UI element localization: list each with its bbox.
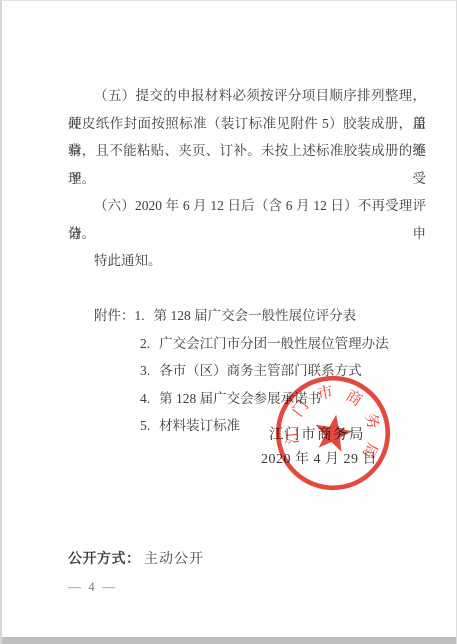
seal-char: 局 (359, 439, 382, 461)
seal-char: 江 (283, 428, 302, 446)
scanned-document-page: （五）提交的申报材料必须按评分项目顺序排列整理，并用 硬皮纸作封面按照标准（装订… (0, 0, 457, 644)
attachment-title: 广交会江门市分团一般性展位管理办法 (159, 330, 389, 358)
scan-edge (2, 637, 456, 644)
body-line: 特此通知。 (68, 247, 426, 275)
attachment-title: 第 128 届广交会一般性展位评分表 (154, 302, 357, 330)
page-number: — 4 — (68, 579, 117, 595)
publicity-method: 公开方式： 主动公开 (68, 548, 204, 568)
attachment-number: 3. (140, 357, 150, 385)
attachment-number: 1. (135, 302, 145, 330)
star-icon (312, 411, 355, 453)
seal-char: 门 (289, 397, 313, 420)
attachment-item: 附件： 1. 第 128 届广交会一般性展位评分表 (94, 302, 389, 330)
attachment-label: 附件： (94, 302, 135, 330)
publicity-value: 主动公开 (144, 552, 204, 567)
seal-char: 市 (316, 383, 335, 404)
official-seal-stamp: 江 门 市 商 务 局 (261, 361, 405, 505)
publicity-label: 公开方式： (68, 552, 141, 567)
seal-char: 务 (361, 411, 383, 431)
attachment-item: 2. 广交会江门市分团一般性展位管理办法 (140, 330, 389, 358)
attachment-title: 材料装订标准 (159, 412, 240, 440)
attachment-number: 4. (140, 385, 150, 413)
document-body: （五）提交的申报材料必须按评分项目顺序排列整理，并用 硬皮纸作封面按照标准（装订… (68, 82, 426, 275)
attachment-number: 5. (140, 412, 150, 440)
seal-char: 商 (343, 386, 366, 409)
attachment-number: 2. (140, 330, 150, 358)
body-line: （六）2020 年 6 月 12 日后（含 6 月 12 日）不再受理评分申 (68, 192, 426, 220)
body-line: 章，且不能粘贴、夹页、订补。未按上述标准胶装成册的不予受 (68, 137, 426, 165)
body-line: 硬皮纸作封面按照标准（装订标准见附件 5）胶装成册，盖骑缝 (68, 110, 426, 138)
body-line: （五）提交的申报材料必须按评分项目顺序排列整理，并用 (68, 82, 426, 110)
